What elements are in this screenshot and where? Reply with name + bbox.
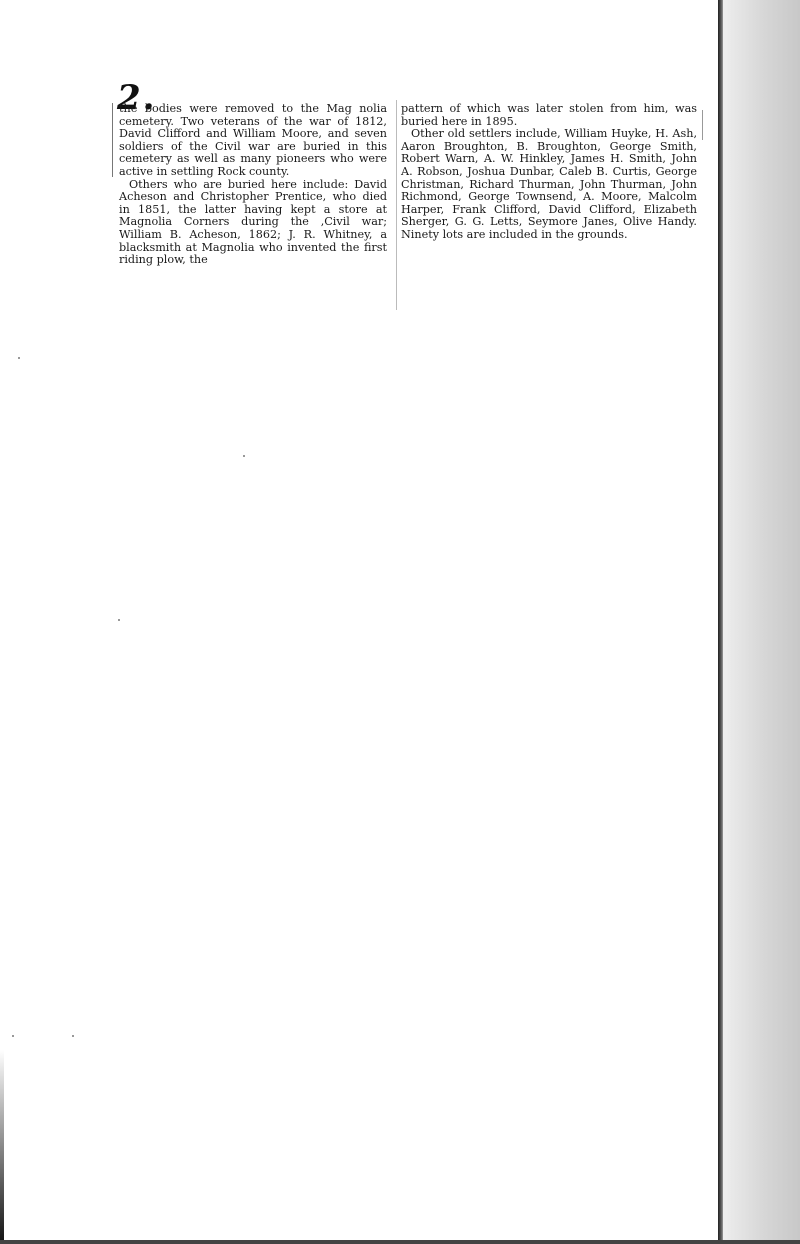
paragraph: Other old settlers include, William Huyk… (401, 128, 697, 241)
scan-speck (18, 357, 20, 359)
scan-speck (243, 455, 245, 457)
page-margin-shadow (722, 0, 800, 1244)
scan-speck (118, 619, 120, 621)
left-page-edge (0, 1050, 4, 1244)
column-rule (112, 103, 113, 177)
paragraph: the bodies were removed to the Mag nolia… (119, 103, 387, 179)
scan-speck (12, 1035, 14, 1037)
paragraph: pattern of which was later stolen from h… (401, 103, 697, 128)
article-column-left: the bodies were removed to the Mag nolia… (119, 103, 387, 267)
article-column-right: pattern of which was later stolen from h… (401, 103, 697, 242)
column-rule (702, 110, 703, 140)
scanned-page: 2. the bodies were removed to the Mag no… (0, 0, 800, 1244)
page-edge-line (718, 0, 723, 1244)
column-rule (396, 100, 397, 310)
paragraph: Others who are buried here include: Davi… (119, 179, 387, 267)
bottom-page-edge (0, 1240, 800, 1244)
scan-speck (72, 1035, 74, 1037)
